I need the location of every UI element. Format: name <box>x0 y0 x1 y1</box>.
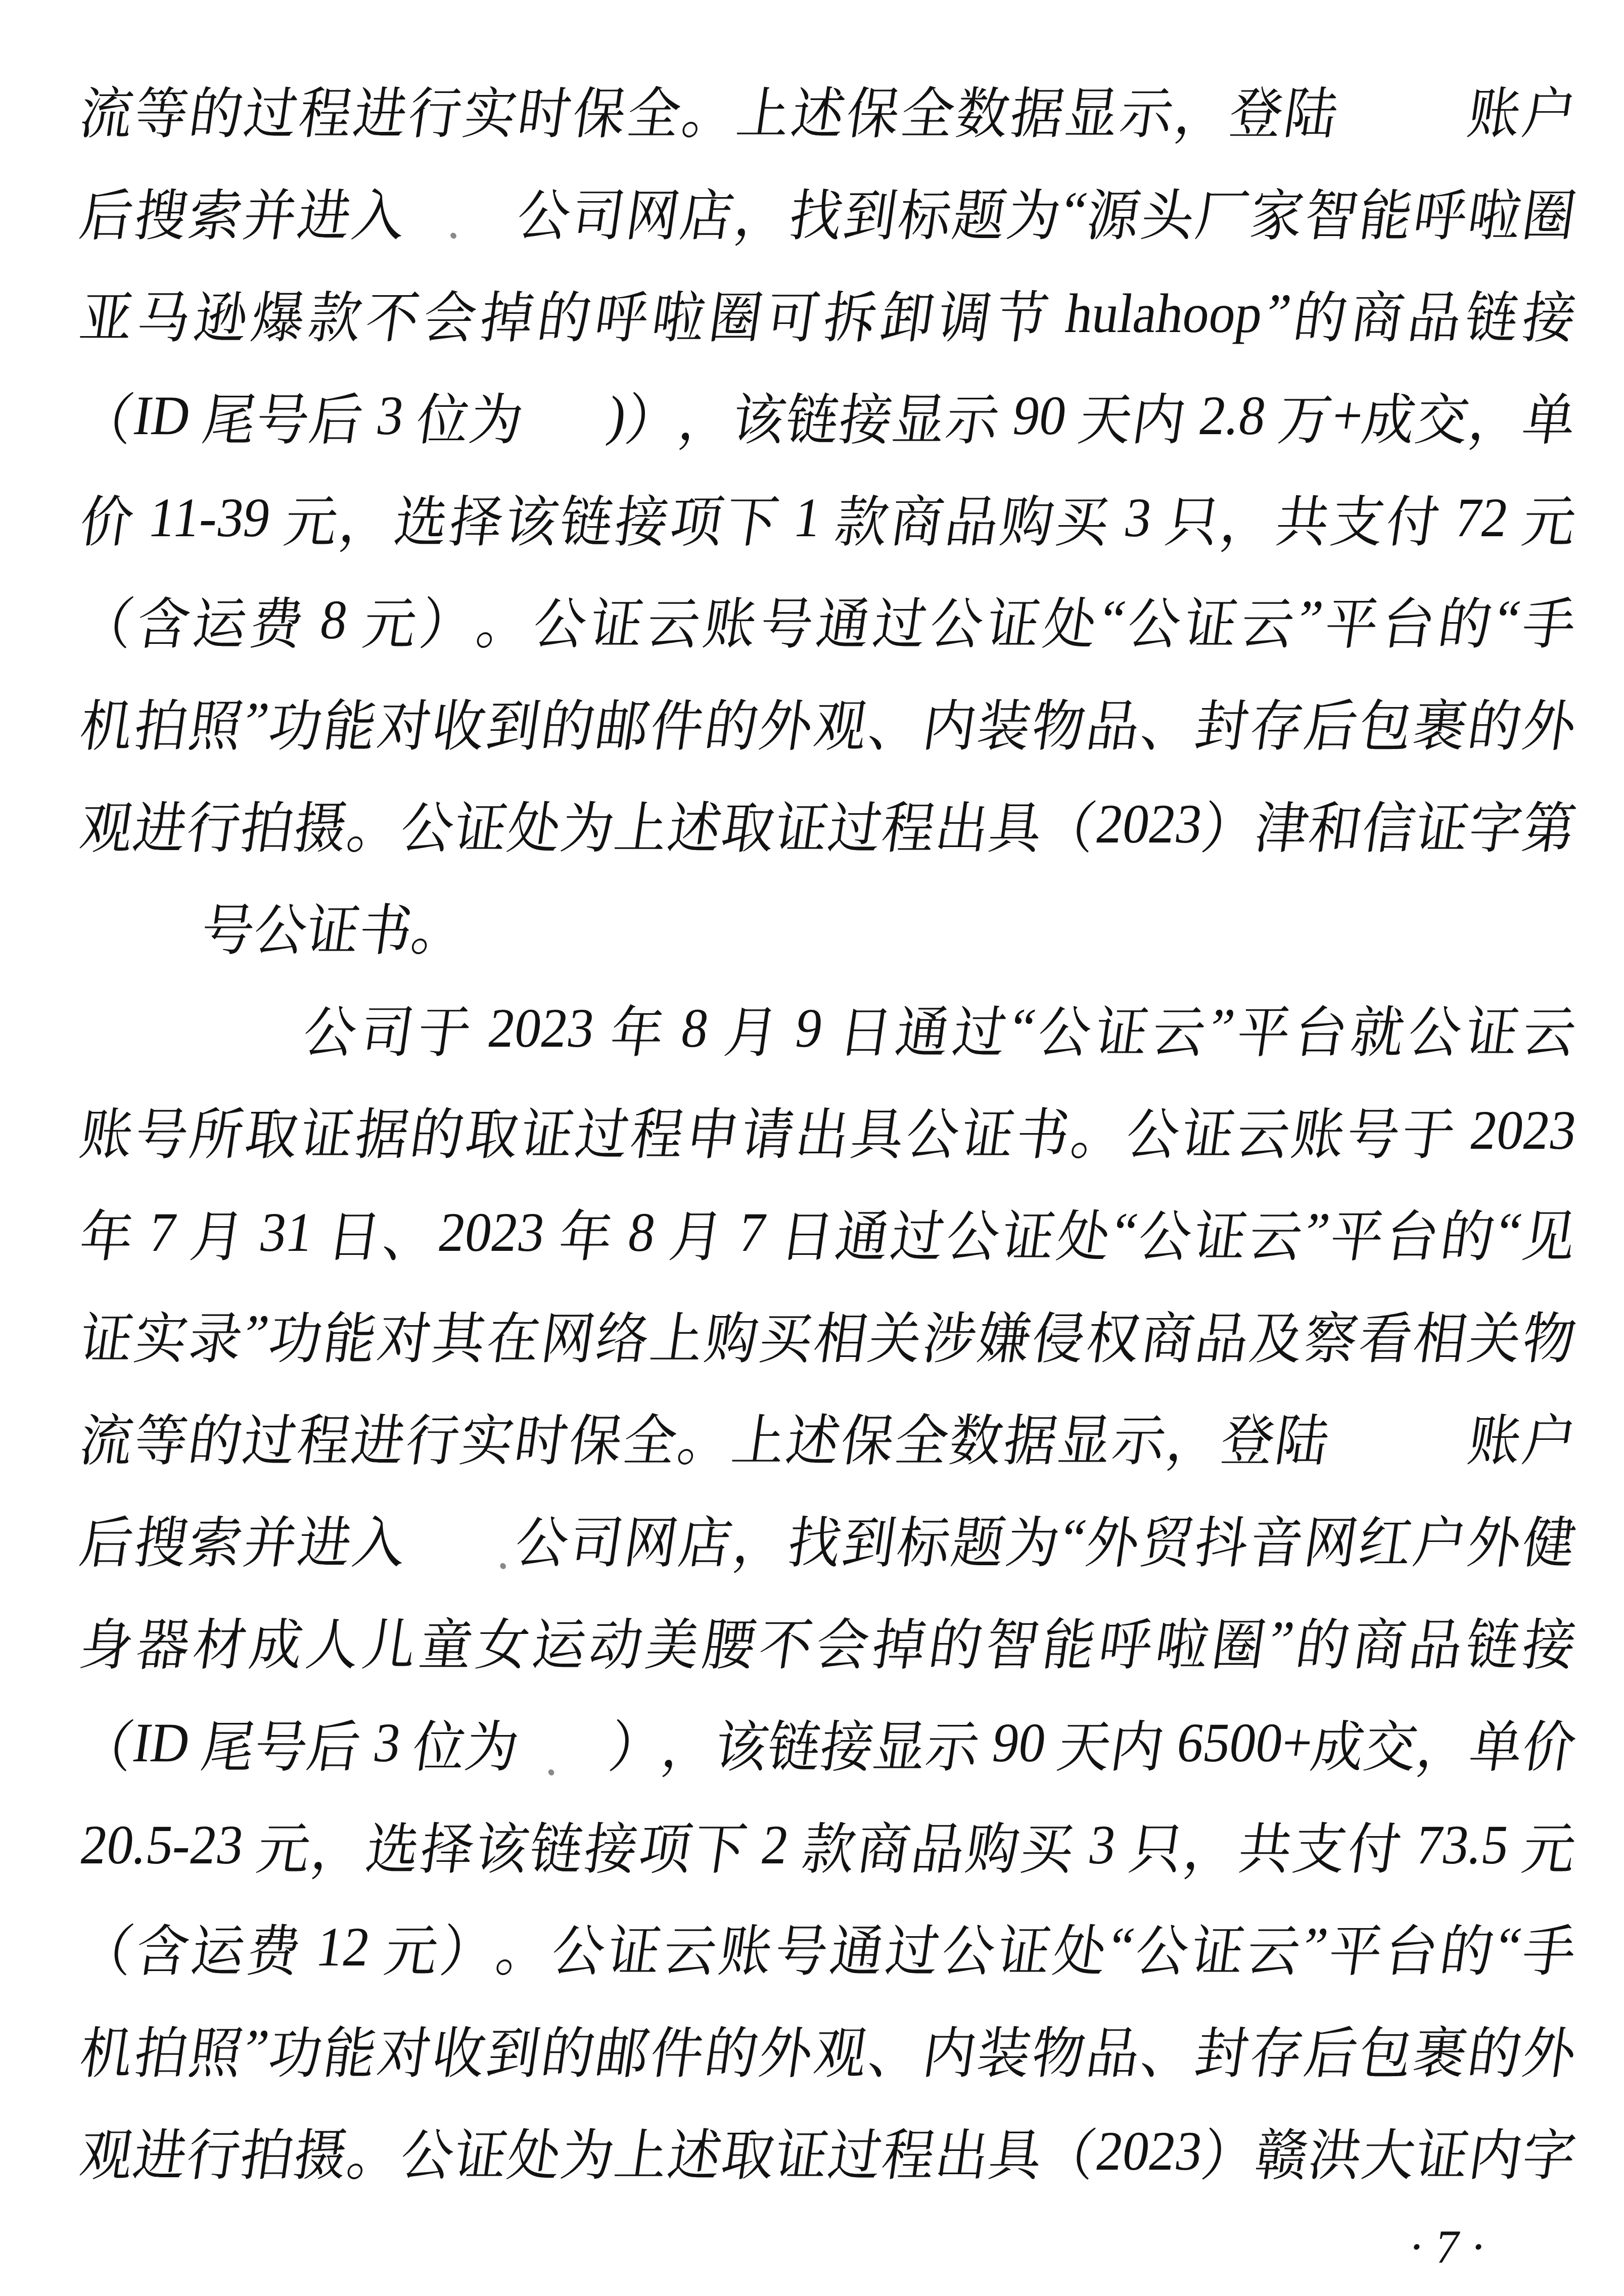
text-token: ， <box>1216 477 1280 557</box>
text-token: 索 <box>184 171 248 251</box>
text-token: 交 <box>1411 375 1475 455</box>
text-token: 登 <box>1225 69 1289 149</box>
text-token: 入 <box>348 171 411 251</box>
text-token: 示 <box>1116 69 1179 149</box>
text-token: 的 <box>406 1090 470 1170</box>
text-token: 据 <box>351 1090 414 1170</box>
text-token: 观 <box>75 783 139 864</box>
text-token: 成 <box>245 1600 309 1680</box>
text-token: ） <box>436 1906 499 1987</box>
text-token: ， <box>1163 1396 1226 1476</box>
text-token: 的 <box>1434 579 1498 660</box>
text-token: 请 <box>736 1090 800 1170</box>
text-token: ， <box>729 1498 793 1578</box>
text-token: 号 <box>252 375 315 455</box>
text-token: 证 <box>1411 783 1475 864</box>
text-token: 啦 <box>1463 171 1527 251</box>
text-token: 平 <box>1324 1906 1388 1987</box>
text-token: 登 <box>1217 1396 1280 1476</box>
text-line: 流等的过程进行实时保全。上述保全数据显示，登陆账户 <box>73 1382 1584 1490</box>
text-token: 公 <box>396 783 460 864</box>
text-token: 该 <box>500 477 564 557</box>
text-token: 调 <box>934 273 997 353</box>
text-token: 支 <box>1288 1804 1352 1885</box>
text-token: 共 <box>1271 477 1335 557</box>
text-token: 贸 <box>1136 1498 1200 1578</box>
text-token: 为 <box>556 783 620 864</box>
text-line: 号公证书。 <box>73 872 1584 980</box>
text-token: 通 <box>892 988 955 1068</box>
text-token: 6500+ <box>1160 1711 1317 1774</box>
text-token: 照 <box>184 681 248 762</box>
text-token: 拍 <box>236 2111 300 2191</box>
redaction-remnant-mark <box>499 1562 507 1570</box>
text-line: （ID 尾号后 3 位为），该链接显示 90 天内 6500+成交，单价 <box>73 1689 1584 1797</box>
text-token: 示 <box>1108 1396 1172 1476</box>
text-token: 处 <box>1052 1192 1116 1272</box>
text-token: 手 <box>1518 579 1582 660</box>
scanned-document-page: 流等的过程进行实时保全。上述保全数据显示，登陆账户后搜索并进入公司网店，找到标题… <box>0 0 1624 2296</box>
text-token: 儿 <box>358 1600 422 1680</box>
text-token: 邮 <box>591 681 655 762</box>
text-token: 过 <box>571 1090 635 1170</box>
text-line: （含运费 12 元）。公证云账号通过公证处“公证云”平台的“手 <box>73 1893 1584 2001</box>
text-token: 。 <box>678 69 741 149</box>
text-token: 公 <box>942 1192 1005 1272</box>
redaction-remnant-mark <box>547 1768 555 1777</box>
text-token: 品 <box>1405 1600 1468 1680</box>
text-token: 具 <box>984 2111 1048 2191</box>
text-token: 侵 <box>1028 1294 1091 1374</box>
text-token: 的 <box>537 2008 600 2089</box>
text-token: 月 <box>665 1192 729 1272</box>
text-token: 证 <box>770 783 834 864</box>
text-token: 上 <box>727 1396 791 1476</box>
text-token: 的 <box>1436 1906 1500 1987</box>
text-token: 元 <box>1518 477 1582 557</box>
text-token: 手 <box>1518 1906 1582 1987</box>
text-token: 处 <box>503 2111 567 2191</box>
text-token: 日 <box>776 1192 840 1272</box>
text-token: 人 <box>302 1600 365 1680</box>
text-token: 女 <box>472 1600 535 1680</box>
text-token: 的 <box>537 681 600 762</box>
text-token: 品 <box>907 1804 970 1885</box>
text-token: 会 <box>419 273 482 353</box>
text-token: 呼 <box>1094 1600 1158 1680</box>
text-token: 掉 <box>476 273 539 353</box>
text-token: 含 <box>131 1906 195 1987</box>
text-token: 能 <box>319 681 383 762</box>
text-token: 到 <box>838 1498 902 1578</box>
text-token: 、 <box>1136 2008 1200 2089</box>
text-token: 后 <box>1300 2008 1364 2089</box>
text-token: 证 <box>1180 579 1243 660</box>
text-token: 录 <box>184 1294 248 1374</box>
text-line: 身器材成人儿童女运动美腰不会掉的智能呼啦圈”的商品链接 <box>73 1586 1584 1695</box>
text-token: ） <box>621 375 685 455</box>
text-token: 拍 <box>130 681 194 762</box>
text-line: （含运费 8 元）。公证云账号通过公证处“公证云”平台的“手 <box>73 566 1584 674</box>
text-token: 7 <box>132 1200 194 1264</box>
text-token: 天 <box>1075 375 1138 455</box>
text-token: 过 <box>824 2111 888 2191</box>
text-token: 账 <box>1463 69 1527 149</box>
text-token: 90 <box>996 384 1084 447</box>
text-token: 、 <box>1136 681 1200 762</box>
text-token: 时 <box>514 69 577 149</box>
text-token: 公 <box>902 1090 965 1170</box>
text-token: 等 <box>130 1396 194 1476</box>
text-token: 。 <box>343 783 406 864</box>
text-token: 元 <box>359 579 423 660</box>
text-token: 拆 <box>819 273 883 353</box>
text-token: 内 <box>1128 375 1191 455</box>
text-token: 并 <box>239 171 302 251</box>
text-token: 链 <box>525 1804 589 1885</box>
text-token: 平 <box>1320 579 1384 660</box>
text-token: 到 <box>482 2008 546 2089</box>
text-token: 可 <box>762 273 825 353</box>
text-token: 司 <box>565 1498 629 1578</box>
text-token: 裹 <box>1409 2008 1473 2089</box>
text-token: 就 <box>1347 988 1410 1068</box>
text-token: 述 <box>664 2111 727 2191</box>
text-token: 。 <box>343 2111 406 2191</box>
text-token: 音 <box>1245 1498 1309 1578</box>
text-token: 链 <box>1461 273 1524 353</box>
text-token: 陆 <box>1280 69 1343 149</box>
text-token: 商 <box>1347 273 1410 353</box>
text-token: 月 <box>186 1192 250 1272</box>
text-token: 账 <box>1464 1396 1527 1476</box>
text-token: 取 <box>717 783 780 864</box>
text-token: 20.5-23 <box>77 1813 261 1877</box>
text-token: 公 <box>937 1906 1001 1987</box>
text-token: 接 <box>580 1804 643 1885</box>
text-token: 童 <box>415 1600 479 1680</box>
text-token: 源 <box>1082 171 1146 251</box>
text-token: 网 <box>620 1498 683 1578</box>
text-token: 户 <box>1409 1498 1472 1578</box>
text-token: 上 <box>646 1294 710 1374</box>
text-token: 进 <box>294 1498 357 1578</box>
text-token: 元 <box>1518 1804 1582 1885</box>
text-token: 呼 <box>590 273 654 353</box>
text-token: 7 <box>722 1200 783 1264</box>
text-token: ， <box>730 171 794 251</box>
text-token: 平 <box>1326 1192 1389 1272</box>
text-token: 品 <box>1191 1294 1255 1374</box>
text-token: （ <box>75 1906 139 1987</box>
text-token: 下 <box>689 1804 753 1885</box>
text-token: 款 <box>798 1804 861 1885</box>
text-line: 机拍照”功能对收到的邮件的外观、内装物品、封存后包裹的外 <box>73 1995 1584 2103</box>
text-token: 内 <box>1464 2111 1528 2191</box>
text-token: 保 <box>836 1396 900 1476</box>
text-token: 不 <box>755 1600 818 1680</box>
text-token: 出 <box>931 783 995 864</box>
text-token: 证 <box>1189 1192 1253 1272</box>
text-token: 的 <box>533 273 597 353</box>
text-token: 店 <box>674 1498 738 1578</box>
text-token: 的 <box>185 69 249 149</box>
text-token: 、 <box>864 2008 927 2089</box>
text-token: 司 <box>567 171 631 251</box>
text-token: 8 <box>303 588 365 651</box>
text-token: 封 <box>1191 681 1255 762</box>
text-token: 节 <box>991 273 1054 353</box>
text-token: 公 <box>547 1906 611 1987</box>
text-token: 标 <box>894 171 957 251</box>
document-body-text: 流等的过程进行实时保全。上述保全数据显示，登陆账户后搜索并进入公司网店，找到标题… <box>77 60 1572 2204</box>
text-token: 和 <box>1304 783 1368 864</box>
text-token: 3 <box>359 384 421 447</box>
text-token: 腰 <box>698 1600 762 1680</box>
text-token: 年 <box>606 988 670 1068</box>
text-token: 行 <box>401 1396 465 1476</box>
text-line: 公司于 2023 年 8 月 9 日通过“公证云”平台就公证云 <box>73 974 1584 1082</box>
text-token: 入 <box>348 1498 412 1578</box>
text-token: 该 <box>471 1804 534 1885</box>
text-token: 链 <box>1461 1600 1525 1680</box>
text-token: 保 <box>568 69 632 149</box>
text-token: 商 <box>1136 1294 1200 1374</box>
text-token: 照 <box>184 2008 248 2089</box>
text-token: 看 <box>1355 1294 1418 1374</box>
text-token: 外 <box>1518 681 1582 762</box>
text-token: 为 <box>1003 171 1066 251</box>
text-token: 实 <box>458 69 522 149</box>
text-token: 据 <box>1006 69 1070 149</box>
text-token: 的 <box>1463 681 1527 762</box>
text-token: 上 <box>610 2111 674 2191</box>
text-token: 述 <box>664 783 727 864</box>
text-token: 会 <box>811 1600 875 1680</box>
text-token: 单 <box>1518 375 1582 455</box>
text-token: 物 <box>1028 2008 1091 2089</box>
text-token: 爆 <box>247 273 311 353</box>
text-token: 证 <box>75 1294 139 1374</box>
text-token: 证 <box>603 1906 667 1987</box>
text-token: 封 <box>1191 2008 1255 2089</box>
text-token: 证 <box>296 1090 359 1170</box>
text-token: 述 <box>782 1396 846 1476</box>
text-token: 年 <box>554 1192 618 1272</box>
text-line: 机拍照”功能对收到的邮件的外观、内装物品、封存后包裹的外 <box>73 668 1584 776</box>
text-line: 流等的过程进行实时保全。上述保全数据显示，登陆账户 <box>73 55 1584 163</box>
text-token: 的 <box>1289 273 1353 353</box>
text-token: 3 <box>1072 1813 1133 1877</box>
text-token: 收 <box>428 681 491 762</box>
text-token: 择 <box>416 1804 480 1885</box>
text-token: 商 <box>1348 1600 1412 1680</box>
text-token: 号 <box>756 579 819 660</box>
text-token: 、 <box>864 681 927 762</box>
text-token: 上 <box>732 69 796 149</box>
text-token: 申 <box>681 1090 745 1170</box>
text-token: 到 <box>840 171 903 251</box>
text-token: 流 <box>75 1396 139 1476</box>
text-token: 外 <box>1463 1498 1527 1578</box>
text-token: 8 <box>611 1200 673 1264</box>
text-token: 价 <box>75 477 139 557</box>
text-token: 的 <box>184 1396 248 1476</box>
text-token: （ <box>1038 2111 1101 2191</box>
text-token: 2 <box>745 1813 806 1877</box>
text-token: 马 <box>132 273 196 353</box>
text-token: 。 <box>673 1396 737 1476</box>
text-token: 圈 <box>1518 171 1582 251</box>
text-token: ， <box>1464 375 1528 455</box>
text-token: 收 <box>428 2008 491 2089</box>
text-token: 择 <box>445 477 509 557</box>
text-token: 圈 <box>1208 1600 1271 1680</box>
text-token: 8 <box>664 996 726 1060</box>
text-token: 过 <box>949 988 1012 1068</box>
text-token: 取 <box>717 2111 780 2191</box>
text-token: 云 <box>1242 1906 1306 1987</box>
redaction-gap <box>400 157 524 265</box>
text-token: 12 <box>299 1915 387 1979</box>
text-token: 品 <box>941 477 1005 557</box>
text-token: 机 <box>75 681 139 762</box>
text-token: ” <box>1262 282 1294 345</box>
text-token: ） <box>1197 783 1261 864</box>
text-token: 网 <box>622 171 685 251</box>
text-token: 号 <box>770 1906 834 1987</box>
text-token: 材 <box>189 1600 252 1680</box>
text-token: 购 <box>961 1804 1025 1885</box>
text-line: 账号所取证据的取证过程申请出具公证书。公证云账号于 2023 <box>73 1076 1584 1184</box>
text-token: 日 <box>834 988 898 1068</box>
text-token: 件 <box>646 2008 710 2089</box>
text-token: 过 <box>239 1396 302 1476</box>
text-token: 程 <box>295 69 358 149</box>
text-token: 拍 <box>130 2008 194 2089</box>
text-token: 户 <box>1518 1396 1582 1476</box>
redaction-gap <box>1333 55 1474 163</box>
text-token: 具 <box>984 783 1048 864</box>
text-token: 支 <box>1326 477 1390 557</box>
text-token: 项 <box>634 1804 698 1885</box>
text-token: 上 <box>610 783 674 864</box>
text-token: 保 <box>565 1396 628 1476</box>
text-token: 后 <box>75 171 139 251</box>
text-token: 装 <box>973 681 1037 762</box>
text-token: 款 <box>831 477 895 557</box>
text-token: 智 <box>981 1600 1045 1680</box>
text-token: 项 <box>666 477 729 557</box>
text-token: 的 <box>701 2008 764 2089</box>
text-token: 外 <box>755 2008 818 2089</box>
text-token: 进 <box>349 69 413 149</box>
text-line: 亚马逊爆款不会掉的呼啦圈可拆卸调节 hulahoop”的商品链接 <box>73 259 1584 367</box>
text-token: 付 <box>1343 1804 1407 1885</box>
text-token: 公 <box>513 171 576 251</box>
text-token: 津 <box>1250 783 1314 864</box>
text-token: 呼 <box>1409 171 1473 251</box>
text-token: 关 <box>864 1294 927 1374</box>
text-token: 接 <box>1518 1600 1582 1680</box>
text-token: 处 <box>1039 579 1102 660</box>
text-token: 证 <box>770 2111 834 2191</box>
text-token: 为 <box>1002 1498 1065 1578</box>
text-token: 店 <box>676 171 739 251</box>
text-token: 嫌 <box>973 1294 1037 1374</box>
text-token: 啦 <box>1151 1600 1215 1680</box>
text-token: 公 <box>1122 1090 1185 1170</box>
text-token: 证 <box>997 1192 1061 1272</box>
text-token: 证 <box>1411 2111 1475 2191</box>
text-token: 为 <box>465 375 529 455</box>
text-token: 下 <box>721 477 784 557</box>
text-token: ， <box>1171 69 1234 149</box>
text-token: 内 <box>918 681 982 762</box>
text-token: 选 <box>390 477 454 557</box>
text-token: 题 <box>947 1498 1011 1578</box>
text-token: 接 <box>611 477 674 557</box>
text-token: 链 <box>555 477 619 557</box>
text-token: 品 <box>1082 2008 1145 2089</box>
text-token: 络 <box>591 1294 655 1374</box>
text-token: 2023 <box>1092 792 1207 856</box>
text-token: 证 <box>516 1090 580 1170</box>
text-token: 户 <box>1518 69 1582 149</box>
text-token: 啦 <box>647 273 711 353</box>
text-token: 能 <box>1038 1600 1101 1680</box>
text-token: 的 <box>1463 2008 1527 2089</box>
text-token: 裹 <box>1409 681 1473 762</box>
text-token: ） <box>415 579 479 660</box>
text-token: 身 <box>75 1600 139 1680</box>
text-token: 过 <box>887 1192 950 1272</box>
text-token: 证 <box>450 2111 514 2191</box>
text-token: 拍 <box>236 783 300 864</box>
text-token: 9 <box>778 996 840 1060</box>
text-token: 元 <box>380 1906 444 1987</box>
text-token: 账 <box>699 579 763 660</box>
text-token: 及 <box>1245 1294 1309 1374</box>
text-token: 观 <box>809 2008 873 2089</box>
redaction-gap <box>517 361 615 470</box>
text-token: 购 <box>701 1294 764 1374</box>
text-token: 公 <box>1134 1192 1197 1272</box>
text-token: 云 <box>659 1906 722 1987</box>
text-token: ” <box>1265 1609 1297 1672</box>
text-token: 3 <box>356 1711 418 1774</box>
text-token: 具 <box>847 1090 910 1170</box>
text-token: 账 <box>1287 1090 1351 1170</box>
text-token: 品 <box>1082 681 1145 762</box>
text-token: 示 <box>941 375 1005 455</box>
text-token: 件 <box>646 681 710 762</box>
text-token: 洪 <box>1304 2111 1368 2191</box>
text-token: 2023 <box>471 996 612 1060</box>
text-token: 不 <box>361 273 425 353</box>
text-token: 公 <box>396 2111 460 2191</box>
text-token: 取 <box>241 1090 304 1170</box>
text-token: 云 <box>1244 1192 1308 1272</box>
text-token: ID <box>129 1711 207 1774</box>
text-token: 。 <box>492 1906 555 1987</box>
text-token: 买 <box>1016 1804 1080 1885</box>
text-token: 日 <box>323 1192 387 1272</box>
text-token: 能 <box>319 2008 383 2089</box>
text-token: 机 <box>75 2008 139 2089</box>
text-token: 网 <box>1300 1498 1363 1578</box>
text-token: 索 <box>184 1498 248 1578</box>
